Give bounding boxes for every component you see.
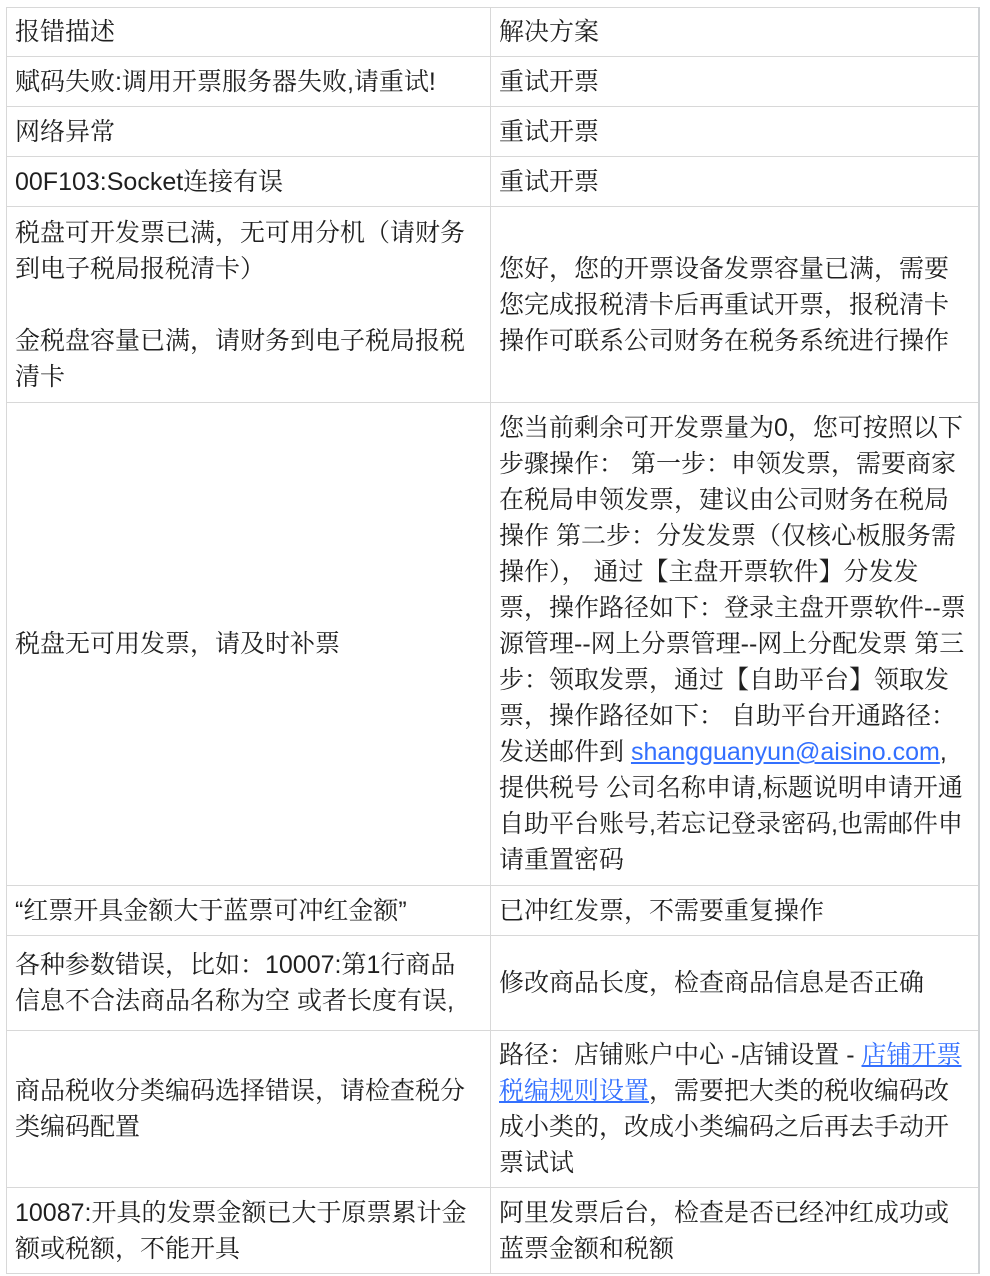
table-row: 各种参数错误，比如：10007:第1行商品信息不合法商品名称为空 或者长度有误,…	[7, 936, 979, 1031]
table-row: 00F103:Socket连接有误 重试开票	[7, 157, 979, 207]
error-cell: 商品税收分类编码选择错误，请检查税分类编码配置	[7, 1031, 491, 1188]
solution-text: 路径：店铺账户中心 -店铺设置 -	[499, 1041, 862, 1069]
error-paragraph: 金税盘容量已满，请财务到电子税局报税清卡	[15, 323, 480, 395]
solution-cell: 您好，您的开票设备发票容量已满，需要您完成报税清卡后再重试开票，报税清卡操作可联…	[491, 207, 979, 403]
solution-cell: 修改商品长度，检查商品信息是否正确	[491, 936, 979, 1031]
table-row: “红票开具金额大于蓝票可冲红金额” 已冲红发票，不需要重复操作	[7, 886, 979, 936]
table-row: 10087:开具的发票金额已大于原票累计金额或税额，不能开具 阿里发票后台，检查…	[7, 1188, 979, 1274]
error-paragraph: 税盘可开发票已满，无可用分机（请财务到电子税局报税清卡）	[15, 215, 480, 287]
column-header-error: 报错描述	[7, 8, 491, 57]
solution-text: 您当前剩余可开发票量为0，您可按照以下步骤操作： 第一步：申领发票，需要商家在税…	[499, 414, 966, 766]
solution-cell: 阿里发票后台，检查是否已经冲红成功或蓝票金额和税额	[491, 1188, 979, 1274]
error-cell: 00F103:Socket连接有误	[7, 157, 491, 207]
error-solution-table: 报错描述 解决方案 赋码失败:调用开票服务器失败,请重试! 重试开票 网络异常 …	[6, 7, 980, 1274]
solution-cell: 已冲红发票，不需要重复操作	[491, 886, 979, 936]
solution-cell: 路径：店铺账户中心 -店铺设置 - 店铺开票税编规则设置，需要把大类的税收编码改…	[491, 1031, 979, 1188]
table-row: 网络异常 重试开票	[7, 107, 979, 157]
solution-cell: 重试开票	[491, 157, 979, 207]
error-cell: 各种参数错误，比如：10007:第1行商品信息不合法商品名称为空 或者长度有误,	[7, 936, 491, 1031]
error-cell: 网络异常	[7, 107, 491, 157]
error-cell: 赋码失败:调用开票服务器失败,请重试!	[7, 57, 491, 107]
error-cell: 10087:开具的发票金额已大于原票累计金额或税额，不能开具	[7, 1188, 491, 1274]
solution-cell: 您当前剩余可开发票量为0，您可按照以下步骤操作： 第一步：申领发票，需要商家在税…	[491, 403, 979, 886]
solution-cell: 重试开票	[491, 57, 979, 107]
error-cell: 税盘无可用发票，请及时补票	[7, 403, 491, 886]
error-cell: “红票开具金额大于蓝票可冲红金额”	[7, 886, 491, 936]
email-link[interactable]: shangguanyun@aisino.com	[631, 738, 940, 766]
table-row: 商品税收分类编码选择错误，请检查税分类编码配置 路径：店铺账户中心 -店铺设置 …	[7, 1031, 979, 1188]
table-row: 赋码失败:调用开票服务器失败,请重试! 重试开票	[7, 57, 979, 107]
header-row: 报错描述 解决方案	[7, 8, 979, 57]
solution-cell: 重试开票	[491, 107, 979, 157]
table-row: 税盘可开发票已满，无可用分机（请财务到电子税局报税清卡） 金税盘容量已满，请财务…	[7, 207, 979, 403]
page: 报错描述 解决方案 赋码失败:调用开票服务器失败,请重试! 重试开票 网络异常 …	[0, 0, 990, 1276]
column-header-solution: 解决方案	[491, 8, 979, 57]
table-row: 税盘无可用发票，请及时补票 您当前剩余可开发票量为0，您可按照以下步骤操作： 第…	[7, 403, 979, 886]
error-cell: 税盘可开发票已满，无可用分机（请财务到电子税局报税清卡） 金税盘容量已满，请财务…	[7, 207, 491, 403]
